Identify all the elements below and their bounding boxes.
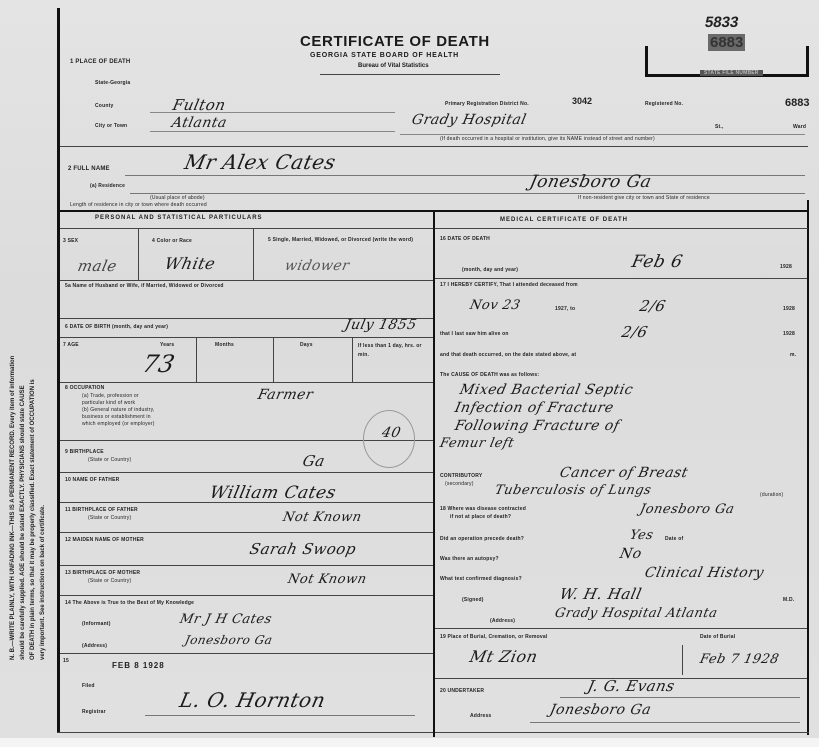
last-saw-label: that I last saw him alive on [440,331,509,337]
residence-value: Jonesboro Ga [528,172,654,192]
father-name-value: William Cates [208,483,338,503]
title-rule [320,74,500,75]
years-value: 73 [140,350,177,378]
rule [60,502,433,503]
birth-label: 6 DATE OF BIRTH (month, day and year) [65,324,168,330]
last-saw-year: 1928 [783,331,795,337]
place-of-death-label: 1 PLACE OF DEATH [70,59,130,65]
rule [60,565,433,566]
county-value: Fulton [171,96,227,114]
filed-stamp: FEB 8 1928 [112,661,165,670]
undertaker-label: 20 UNDERTAKER [440,688,484,694]
attended-to-label: 1927, to [555,306,575,312]
father-name-label: 10 NAME OF FATHER [65,477,119,483]
mother-name-label: 12 MAIDEN NAME OF MOTHER [65,537,144,543]
filed-label: Filed [82,683,95,689]
mother-name-value: Sarah Swoop [248,540,358,558]
occupation-note: (a) Trade, profession or [82,393,139,399]
rule [60,382,433,383]
attended-year: 1928 [783,306,795,312]
filed-number: 15 [63,658,69,664]
stamp-mark: 40 [380,425,402,441]
father-birthplace-value: Not Known [281,510,363,525]
rule [60,280,433,281]
registrar-value: L. O. Hornton [177,688,327,712]
occupation-note: (b) General nature of industry, [82,407,155,413]
nonresident-note: If non-resident give city or town and St… [578,195,710,201]
registrar-label: Registrar [82,709,106,715]
rule [60,337,433,338]
contributory-sub: (secondary) [445,481,474,487]
certificate-title: CERTIFICATE OF DEATH [300,33,490,50]
color-value: White [163,254,217,273]
city-value: Atlanta [170,115,228,131]
father-birthplace-label: 11 BIRTHPLACE OF FATHER [65,507,138,513]
personal-header: PERSONAL AND STATISTICAL PARTICULARS [95,215,263,221]
occupation-value: Farmer [256,387,314,403]
medical-header: MEDICAL CERTIFICATE OF DEATH [500,217,628,223]
registered-label: Registered No. [645,101,683,107]
signed-address-value: Grady Hospital Atlanta [553,606,719,621]
date-of-death-year: 1928 [780,264,792,270]
full-name-label: 2 FULL NAME [68,166,110,172]
side-note-line: very important. See instructions on back… [40,505,46,660]
mother-birthplace-label: 13 BIRTHPLACE OF MOTHER [65,570,140,576]
mother-birthplace-value: Not Known [286,572,368,587]
cause-line: Femur left [438,436,515,451]
institution-note: (If death occurred in a hospital or inst… [440,136,655,142]
last-saw-value: 2/6 [620,323,649,341]
full-name-value: Mr Alex Cates [182,150,338,174]
occupation-note: which employed (or employer) [82,421,155,427]
mother-birthplace-note: (State or Country) [88,578,131,584]
birthplace-label: 9 BIRTHPLACE [65,449,104,455]
institution-value: Grady Hospital [410,112,528,128]
undertaker-value: J. G. Evans [586,677,676,695]
rule [60,595,433,596]
residence-note: (Usual place of abode) [150,195,205,201]
birthplace-value: Ga [301,452,327,470]
marital-value: widower [283,258,351,274]
operation-value: Yes [628,528,655,543]
contributory-line: Tuberculosis of Lungs [493,483,652,498]
days-label: Days [300,342,313,348]
name-underline [125,175,805,176]
age-label: 7 AGE [63,342,79,348]
years-label: Years [160,342,174,348]
state-label: State-Georgia [95,80,130,86]
informant-address-value: Jonesboro Ga [184,633,274,647]
ward-label: Ward [793,124,806,130]
where-contracted-label: 18 Where was disease contracted [440,506,526,512]
side-instructions: N. B.—WRITE PLAINLY, WITH UNFADING INK—T… [8,40,48,660]
undertaker-underline [560,697,800,698]
contributory-line: Cancer of Breast [558,465,689,481]
marital-label: 5 Single, Married, Widowed, or Divorced … [268,237,428,244]
signed-label: (Signed) [462,597,484,603]
certify-label: 17 I HEREBY CERTIFY, That I attended dec… [440,282,578,288]
informant-value: Mr J H Cates [178,612,273,627]
diagnosis-value: Clinical History [643,565,765,581]
where-contracted-value: Jonesboro Ga [638,502,735,517]
sex-value: male [76,257,119,275]
rule [60,532,433,533]
color-label: 4 Color or Race [152,238,192,244]
death-occurred-label: and that death occurred, on the date sta… [440,352,576,358]
undertaker-address-underline [530,722,800,723]
cause-line: Mixed Bacterial Septic [458,382,634,398]
signed-value: W. H. Hall [558,585,643,603]
center-divider [433,212,435,737]
occupation-note: particular kind of work [82,400,135,406]
side-note-line: OF DEATH in plain terms, so that it may … [30,379,36,660]
months-label: Months [215,342,234,348]
date-of-death-value: Feb 6 [630,252,685,272]
length-residence-note: Length of residence in city or town wher… [70,202,207,208]
col-divider [138,228,139,280]
registrar-underline [145,715,415,716]
left-border [57,8,60,733]
bottom-margin [0,738,819,747]
cause-label: The CAUSE OF DEATH was as follows: [440,372,539,378]
cause-line: Infection of Fracture [453,400,615,416]
certificate-subtitle: GEORGIA STATE BOARD OF HEALTH [310,52,459,59]
cause-line: Following Fracture of [453,418,621,434]
occupation-label: 8 OCCUPATION [65,385,104,391]
duration-label: (duration) [760,492,783,498]
col-divider [682,645,683,675]
spouse-label: 5a Name of Husband or Wife, if Married, … [65,283,224,289]
attended-to: 2/6 [638,297,667,315]
undertaker-address-label: Address [470,713,491,719]
burial-label: 19 Place of Burial, Cremation, or Remova… [440,634,547,640]
primary-district-label: Primary Registration District No. [445,101,529,107]
undertaker-address-value: Jonesboro Ga [548,702,652,718]
attended-from: Nov 23 [468,298,521,313]
residence-label: (a) Residence [90,183,125,189]
md-label: M.D. [783,597,794,603]
informant-address-label: (Address) [82,643,107,649]
registered-value: 6883 [785,97,809,109]
rule [435,628,807,629]
father-birthplace-note: (State or Country) [88,515,131,521]
contributory-label: CONTRIBUTORY [440,473,482,479]
rule [60,146,808,147]
col-divider [196,337,197,382]
operation-date-label: Date of [665,536,683,542]
col-divider [253,228,254,280]
sex-label: 3 SEX [63,238,78,244]
file-box-label: STATE FILE NUMBER [700,70,763,76]
primary-district-value: 3042 [572,96,592,106]
informant-heading: 14 The Above is True to the Best of My K… [65,600,194,606]
diagnosis-label: What test confirmed diagnosis? [440,576,522,582]
bureau-name: Bureau of Vital Statistics [358,63,429,69]
county-label: County [95,103,113,109]
less-than-day-label: If less than 1 day, hrs. or min. [358,342,428,360]
where-contracted-sub: if not at place of death? [450,514,511,520]
date-of-death-label: 16 DATE OF DEATH [440,236,490,242]
death-certificate: N. B.—WRITE PLAINLY, WITH UNFADING INK—T… [0,0,819,738]
death-time-suffix: m. [790,352,796,358]
right-border [807,200,809,735]
city-label: City or Town [95,123,127,129]
burial-place: Mt Zion [468,647,540,666]
residence-underline [130,193,805,194]
col-divider [352,337,353,382]
birthplace-note: (State or Country) [88,457,131,463]
city-underline [150,131,395,132]
side-note-line: N. B.—WRITE PLAINLY, WITH UNFADING INK—T… [10,356,16,660]
operation-label: Did an operation precede death? [440,536,524,542]
informant-label: (Informant) [82,621,111,627]
file-number-top: 5833 [704,14,740,31]
rule [60,653,433,654]
institution-underline [400,134,805,135]
autopsy-label: Was there an autopsy? [440,556,499,562]
col-divider [273,337,274,382]
street-label: St., [715,124,724,130]
rule [435,278,807,279]
date-sub-label: (month, day and year) [462,267,518,273]
rule [60,472,433,473]
side-note-line: should be carefully supplied. AGE should… [20,385,26,660]
occupation-note: business or establishment in [82,414,151,420]
autopsy-value: No [618,546,643,562]
burial-date: Feb 7 1928 [698,652,780,667]
signed-address-label: (Address) [490,618,515,624]
birth-value: July 1855 [343,317,418,333]
burial-date-label: Date of Burial [700,634,735,640]
